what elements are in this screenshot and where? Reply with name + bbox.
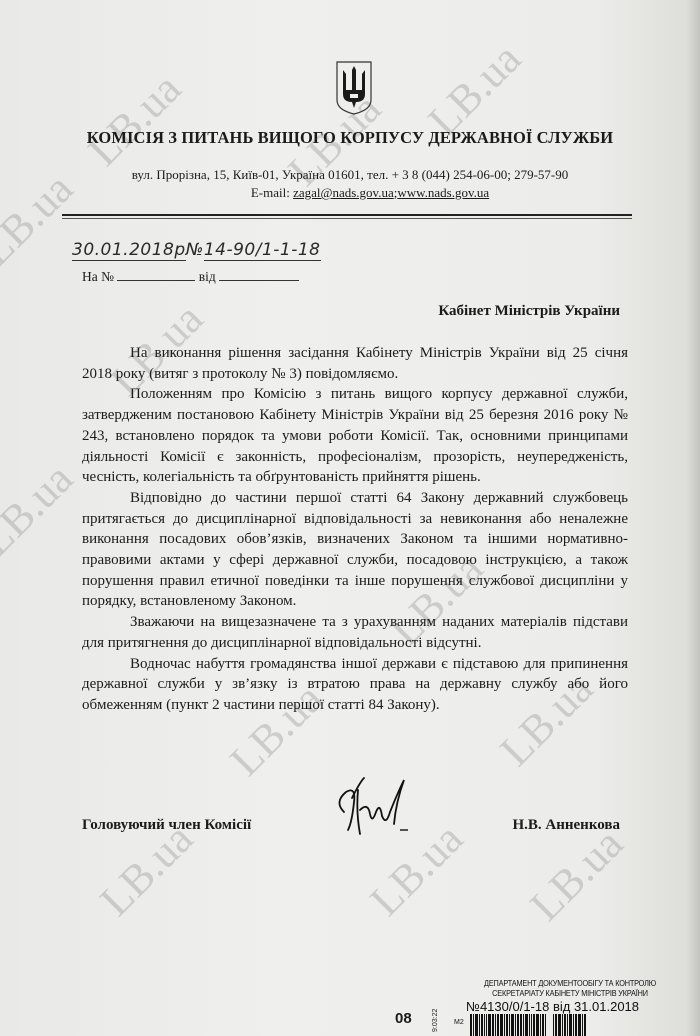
page-number: 08 xyxy=(395,1010,412,1027)
email-link[interactable]: zagal@nads.gov.ua xyxy=(293,185,394,200)
header-rule-thin xyxy=(62,218,632,219)
page-edge-shadow xyxy=(686,0,700,1036)
paragraph: Зважаючи на вищезазначене та з урахуванн… xyxy=(82,612,628,653)
addressee: Кабінет Міністрів України xyxy=(0,303,620,320)
paragraph: На виконання рішення засідання Кабінету … xyxy=(82,343,628,384)
barcode xyxy=(470,1014,586,1036)
registration-time: 9:03:22 xyxy=(432,1009,439,1032)
organization-name: КОМІСІЯ З ПИТАНЬ ВИЩОГО КОРПУСУ ДЕРЖАВНО… xyxy=(0,128,700,148)
header-rule xyxy=(62,214,632,216)
ref-number-label: На № xyxy=(82,269,114,284)
registration-stamp: ДЕПАРТАМЕНТ ДОКУМЕНТООБІГУ ТА КОНТРОЛЮ С… xyxy=(450,978,690,1014)
paragraph: Відповідно до частини першої статті 64 З… xyxy=(82,488,628,612)
ref-date-blank xyxy=(219,268,299,281)
outgoing-date: 30.01.2018р xyxy=(72,240,186,261)
watermark: LB.ua xyxy=(520,818,633,931)
trident-coat-of-arms-icon xyxy=(334,60,374,116)
outgoing-number: 14-90/1-1-18 xyxy=(204,240,321,261)
stamp-registration-number: №4130/0/1-18 від 31.01.2018 xyxy=(466,999,690,1014)
paragraph: Водночас набуття громадянства іншої держ… xyxy=(82,654,628,716)
outgoing-number-handwritten: 30.01.2018р№14-90/1-1-18 xyxy=(72,240,321,260)
website-link[interactable]: www.nads.gov.ua xyxy=(397,185,489,200)
reference-line: На № від xyxy=(82,268,299,285)
organization-contacts: E-mail: zagal@nads.gov.ua;www.nads.gov.u… xyxy=(0,185,700,201)
watermark: LB.ua xyxy=(78,63,191,176)
ref-date-label: від xyxy=(199,269,216,284)
stamp-department: ДЕПАРТАМЕНТ ДОКУМЕНТООБІГУ ТА КОНТРОЛЮ xyxy=(467,978,673,988)
email-label: E-mail: xyxy=(251,185,293,200)
watermark: LB.ua xyxy=(0,453,83,566)
stamp-code: М2 xyxy=(454,1019,464,1026)
letter-body: На виконання рішення засідання Кабінету … xyxy=(82,343,628,716)
stamp-secretariat: СЕКРЕТАРІАТУ КАБІНЕТУ МІНІСТРІВ УКРАЇНИ xyxy=(467,988,673,998)
number-sign: № xyxy=(186,240,204,260)
letter-page: LB.ua LB.ua LB.ua LB.ua LB.ua LB.ua LB.u… xyxy=(0,0,700,1036)
signatory-name: Н.В. Анненкова xyxy=(0,817,620,834)
organization-address: вул. Прорізна, 15, Київ-01, Україна 0160… xyxy=(0,167,700,183)
paragraph: Положенням про Комісію з питань вищого к… xyxy=(82,384,628,488)
ref-number-blank xyxy=(117,268,195,281)
